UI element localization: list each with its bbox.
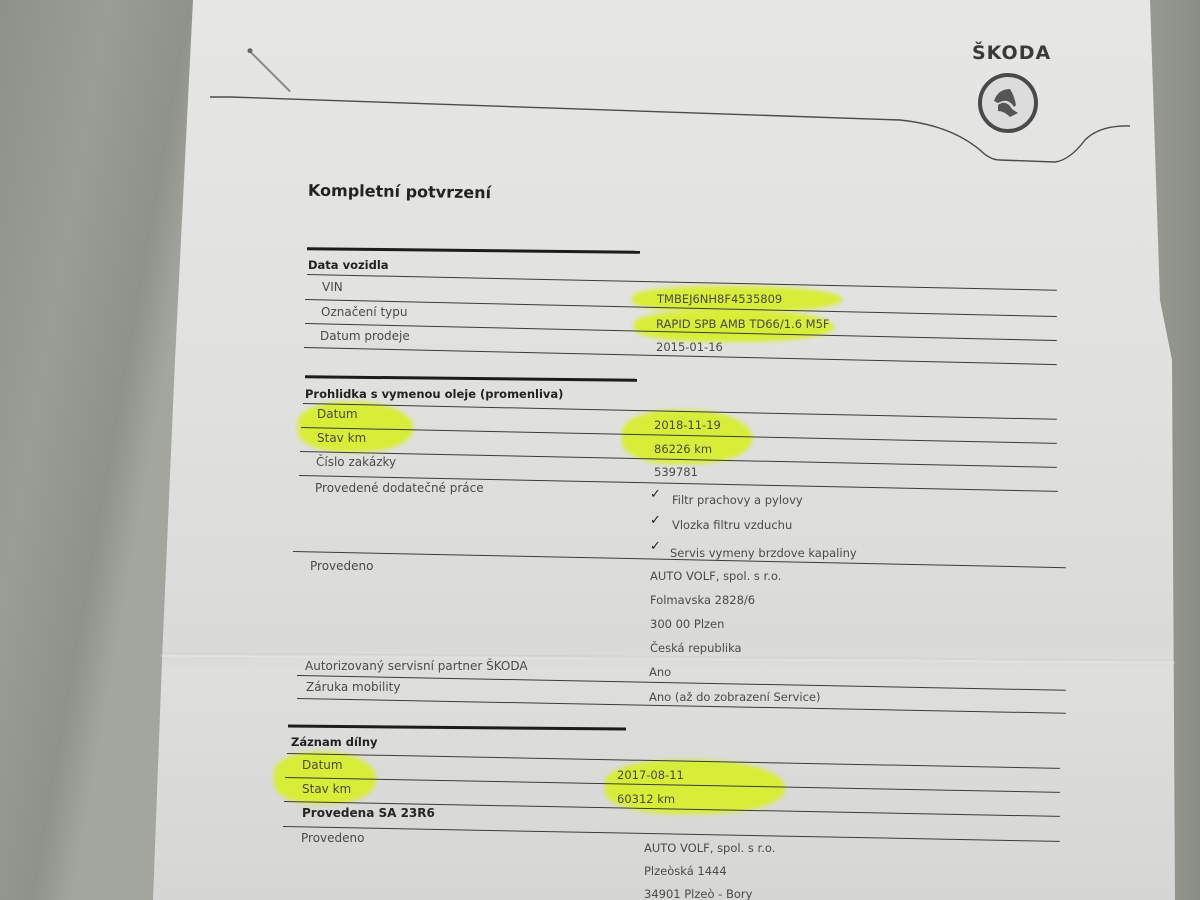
additional-work-item: Vlozka filtru vzduchu (672, 518, 792, 532)
workshop-performed-label: Provedeno (301, 831, 364, 845)
performed-label: Provedeno (310, 559, 373, 573)
type-value: RAPID SPB AMB TD66/1.6 M5F (656, 317, 830, 331)
brand-name: ŠKODA (972, 42, 1051, 64)
mobility-guarantee-label: Záruka mobility (306, 680, 400, 694)
checkmark-icon: ✓ (650, 513, 661, 528)
performed-by-line: 300 00 Plzen (650, 617, 724, 631)
workshop-performed-by-line: 34901 Plzeò - Bory (644, 887, 752, 900)
section-heading-vehicle: Data vozidla (308, 258, 389, 272)
workshop-performed-by-line: AUTO VOLF, spol. s r.o. (644, 841, 775, 855)
performed-by-line: AUTO VOLF, spol. s r.o. (650, 569, 781, 583)
order-number-value: 539781 (654, 465, 698, 479)
service-performed-label: Provedena SA 23R6 (302, 806, 435, 820)
skoda-logo-icon (978, 73, 1038, 133)
workshop-km-value: 60312 km (617, 792, 675, 806)
order-number-label: Číslo zakázky (316, 455, 396, 469)
workshop-km-label: Stav km (302, 782, 351, 796)
inspection-date-value: 2018-11-19 (654, 418, 721, 432)
inspection-km-value: 86226 km (654, 442, 712, 456)
inspection-km-label: Stav km (317, 431, 366, 445)
additional-work-label: Provedené dodatečné práce (315, 481, 484, 495)
authorized-partner-value: Ano (649, 665, 671, 679)
workshop-date-label: Datum (302, 758, 343, 772)
performed-by-line: Folmavska 2828/6 (650, 593, 755, 607)
section-heading-workshop: Záznam dílny (291, 735, 378, 749)
workshop-date-value: 2017-08-11 (617, 768, 684, 782)
section-heading-inspection: Prohlidka s vymenou oleje (promenliva) (305, 387, 563, 401)
mobility-guarantee-value: Ano (až do zobrazení Service) (649, 690, 820, 704)
document-title: Kompletní potvrzení (308, 181, 491, 203)
workshop-performed-by-line: Plzeòská 1444 (644, 864, 727, 878)
sale-date-value: 2015-01-16 (656, 340, 723, 354)
inspection-date-label: Datum (317, 407, 358, 421)
checkmark-icon: ✓ (650, 539, 661, 554)
authorized-partner-label: Autorizovaný servisní partner ŠKODA (305, 659, 528, 673)
checkmark-icon: ✓ (650, 487, 661, 502)
type-label: Označení typu (321, 305, 407, 319)
additional-work-item: Servis vymeny brzdove kapaliny (670, 546, 857, 560)
vin-value: TMBEJ6NH8F4535809 (657, 292, 782, 306)
performed-by-line: Česká republika (650, 641, 742, 655)
vin-label: VIN (322, 280, 343, 294)
sale-date-label: Datum prodeje (320, 329, 410, 343)
additional-work-item: Filtr prachovy a pylovy (672, 493, 803, 507)
